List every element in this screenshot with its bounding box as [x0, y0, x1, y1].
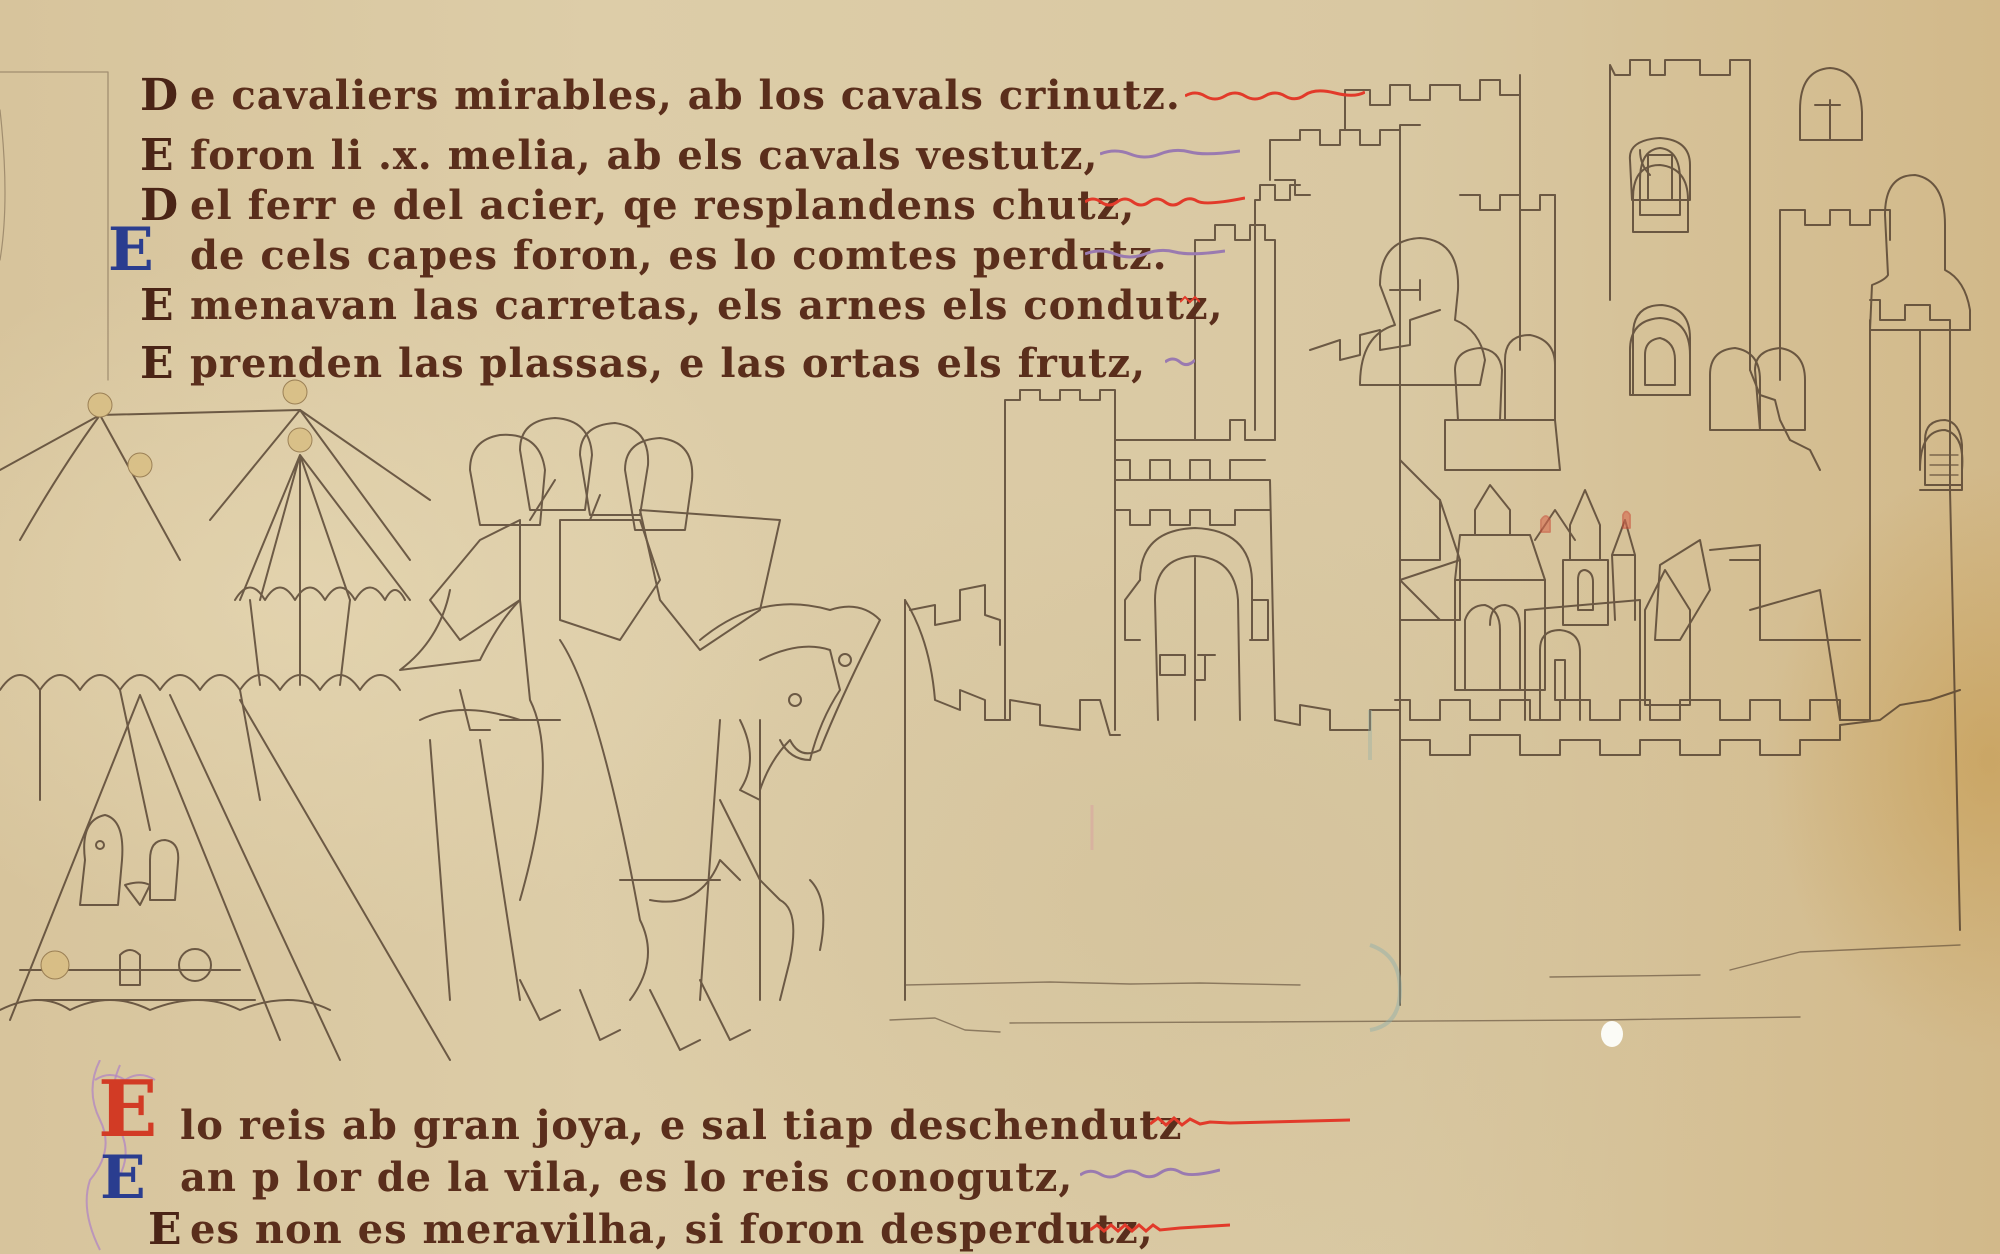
verse-initial: E — [140, 128, 174, 184]
verse-text: menavan las carretas, els arnes els cond… — [190, 278, 1224, 334]
verse-initial: E — [148, 1202, 182, 1254]
red-initial: E — [98, 1082, 157, 1138]
violet-line-filler — [1165, 354, 1195, 368]
verse-text: lo reis ab gran joya, e sal tiap deschen… — [180, 1098, 1182, 1154]
parchment-hole — [1601, 1021, 1623, 1047]
verse-text: el ferr e del acier, qe resplandens chut… — [190, 178, 1135, 234]
verse-text: de cels capes foron, es lo comtes perdut… — [190, 228, 1168, 284]
church-with-red-windows — [1400, 460, 1860, 720]
horse-heads — [700, 604, 880, 1000]
verse-text: foron li .x. melia, ab els cavals vestut… — [190, 128, 1098, 184]
verse-text: prenden las plassas, e las ortas els fru… — [190, 336, 1146, 392]
red-line-filler — [1185, 88, 1365, 102]
knight-group-on-horseback — [400, 418, 780, 1050]
ground-lines — [890, 945, 1960, 1032]
red-line-filler — [1150, 1116, 1350, 1130]
verse-text: es non es meravilha, si foron desperdutz… — [190, 1202, 1154, 1254]
verse-initial: E — [140, 336, 174, 392]
defenders-on-walls — [1360, 68, 1970, 470]
verse-text: an p lor de la vila, es lo reis conogutz… — [180, 1150, 1073, 1206]
blue-initial: E — [100, 1150, 146, 1206]
violet-line-filler — [1085, 246, 1225, 260]
violet-line-filler — [1080, 1166, 1220, 1180]
tent-camp-left — [0, 380, 450, 1060]
red-line-filler — [1090, 1222, 1230, 1236]
red-line-filler — [1180, 294, 1200, 308]
verse-initial: E — [140, 278, 174, 334]
blue-initial: E — [108, 222, 154, 278]
red-line-filler — [1085, 194, 1245, 208]
verse-text: e cavaliers mirables, ab los cavals crin… — [190, 68, 1181, 124]
verse-initial: D — [140, 68, 178, 124]
church-red-windows — [1541, 512, 1630, 533]
violet-line-filler — [1100, 146, 1240, 160]
